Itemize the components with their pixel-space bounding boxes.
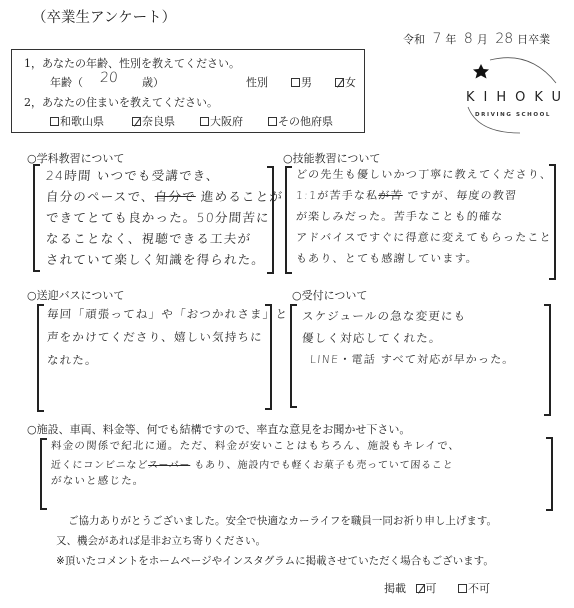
other-checkbox[interactable] xyxy=(268,117,277,126)
residence-wakayama-option[interactable]: 和歌山県 xyxy=(50,113,104,129)
kihoku-logo: KIHOKU DRIVING SCHOOL xyxy=(460,55,565,135)
comment-line: できてとても良かった。50分間苦に xyxy=(45,208,270,226)
graduation-date: 令和 7年 8月 28日卒業 xyxy=(403,31,550,47)
age-unit: 歳） xyxy=(142,74,164,90)
nara-checkbox[interactable] xyxy=(132,117,141,126)
residence-other-option[interactable]: その他府県 xyxy=(268,113,333,129)
question-age-gender: 1，あなたの年齢、性別を教えてください。 xyxy=(24,55,240,71)
age-value: 20 xyxy=(99,70,118,86)
logo-name: KIHOKU xyxy=(466,90,570,105)
profile-box: 1，あなたの年齢、性別を教えてください。 年齢（ 20 歳） 性別 男 女 2，… xyxy=(11,49,365,133)
gender-female-option[interactable]: 女 xyxy=(335,74,356,90)
wakayama-checkbox[interactable] xyxy=(50,117,59,126)
other-label: その他府県 xyxy=(278,115,333,128)
comment-line: もあり、とても感謝しています。 xyxy=(295,250,478,266)
gender-label: 性別 xyxy=(246,74,268,90)
comment-line: LINE・電話 すべて対応が早かった。 xyxy=(309,351,515,367)
comment-line: 自分のペースで、自分で 進めることが xyxy=(45,187,283,205)
shuttle-heading: ○送迎バスについて xyxy=(27,287,124,303)
osaka-label: 大阪府 xyxy=(210,115,243,128)
era-label: 令和 xyxy=(403,33,425,46)
comment-line: なれた。 xyxy=(46,352,98,368)
publish-allow-option[interactable]: 可 xyxy=(416,582,437,595)
publish-deny-option[interactable]: 不可 xyxy=(458,582,490,595)
year-value: 7 xyxy=(429,31,446,47)
reception-heading: ○受付について xyxy=(292,287,367,303)
question-residence: 2，あなたの住まいを教えてください。 xyxy=(24,94,218,110)
residence-nara-option[interactable]: 奈良県 xyxy=(132,113,175,129)
logo-subtitle: DRIVING SCHOOL xyxy=(475,112,551,118)
facilities-bracket-right xyxy=(546,437,553,511)
facilities-heading: ○施設、車両、料金等、何でも結構ですので、率直な意見をお聞かせ下さい。 xyxy=(27,421,410,437)
shuttle-bracket-left xyxy=(37,304,44,412)
practical-bracket-left xyxy=(285,166,292,274)
comment-line: されていて楽しく知識を得られた。 xyxy=(45,250,265,268)
deny-checkbox[interactable] xyxy=(458,584,467,593)
day-label: 日卒業 xyxy=(517,33,550,46)
publish-notice: ※頂いたコメントをホームページやインスタグラムに掲載させていただく場合もございま… xyxy=(56,553,494,568)
day-value: 28 xyxy=(491,31,517,47)
female-checkbox[interactable] xyxy=(335,78,344,87)
residence-osaka-option[interactable]: 大阪府 xyxy=(200,113,243,129)
osaka-checkbox[interactable] xyxy=(200,117,209,126)
comment-line: どの先生も優しいかつ丁寧に教えてくださり、 xyxy=(295,166,552,182)
deny-label: 不可 xyxy=(468,582,490,595)
comment-line: が楽しみだった。苦手なことも的確な xyxy=(295,208,504,224)
revisit-message: 又、機会があれば是非お立ち寄りください。 xyxy=(56,533,266,548)
academic-heading: ○学科教習について xyxy=(27,150,124,166)
male-checkbox[interactable] xyxy=(291,78,300,87)
publish-label: 掲載 xyxy=(384,582,406,595)
allow-checkbox[interactable] xyxy=(416,584,425,593)
comment-line: 声をかけてくださり、嬉しい気持ちに xyxy=(46,329,263,345)
practical-heading: ○技能教習について xyxy=(283,150,380,166)
comment-line: 1:1が苦手な私が苦 ですが、毎度の教習 xyxy=(295,187,517,203)
male-label: 男 xyxy=(301,76,312,89)
month-value: 8 xyxy=(460,31,477,47)
reception-bracket-left xyxy=(290,304,297,408)
comment-line: 優しく対応してくれた。 xyxy=(301,330,442,346)
month-label: 月 xyxy=(477,33,488,46)
wakayama-label: 和歌山県 xyxy=(60,115,104,128)
comment-line: アドバイスですぐに得意に変えてもらったこと xyxy=(295,229,552,245)
comment-line: スケジュールの急な変更にも xyxy=(301,308,467,324)
comment-line: 近くにコンビニなどスーパー もあり、施設内でも軽くお菓子も売っていて困ること xyxy=(50,456,454,471)
facilities-bracket-left xyxy=(40,438,47,510)
publish-consent: 掲載 可 不可 xyxy=(384,580,490,596)
age-label: 年齢（ xyxy=(50,74,83,90)
academic-bracket-left xyxy=(33,164,40,272)
comment-line: がないと感じた。 xyxy=(50,473,145,488)
reception-bracket-right xyxy=(544,304,551,416)
thanks-message: ご協力ありがとうございました。安全で快適なカーライフを職員一同お祈り申し上げます… xyxy=(68,513,497,528)
survey-title: （卒業生アンケート） xyxy=(32,6,176,27)
star-icon xyxy=(473,64,489,79)
comment-line: 毎回「頑張ってね」や「おつかれさま」と xyxy=(46,306,288,322)
year-label: 年 xyxy=(445,33,456,46)
gender-male-option[interactable]: 男 xyxy=(291,74,312,90)
comment-line: なることなく、視聴できる工夫が xyxy=(45,229,252,247)
comment-line: 24時間 いつでも受講でき、 xyxy=(45,166,220,184)
comment-line: 料金の関係で紀北に通。ただ、料金が安いことはもちろん、施設もキレイで、 xyxy=(50,438,460,453)
